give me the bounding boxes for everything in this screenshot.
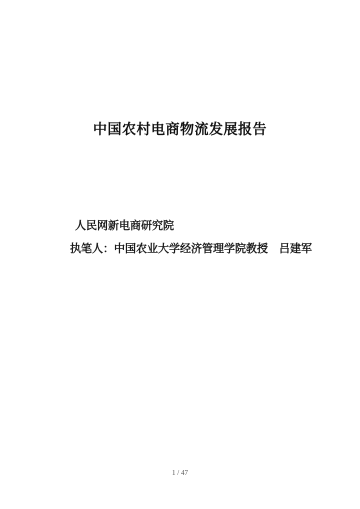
report-title: 中国农村电商物流发展报告	[0, 119, 360, 139]
page-number: 1 / 47	[0, 469, 360, 477]
institute-name: 人民网新电商研究院	[75, 217, 174, 233]
author-line: 执笔人：中国农业大学经济管理学院教授 吕建军	[70, 240, 312, 256]
report-cover-page: 中国农村电商物流发展报告 人民网新电商研究院 执笔人：中国农业大学经济管理学院教…	[0, 0, 360, 509]
